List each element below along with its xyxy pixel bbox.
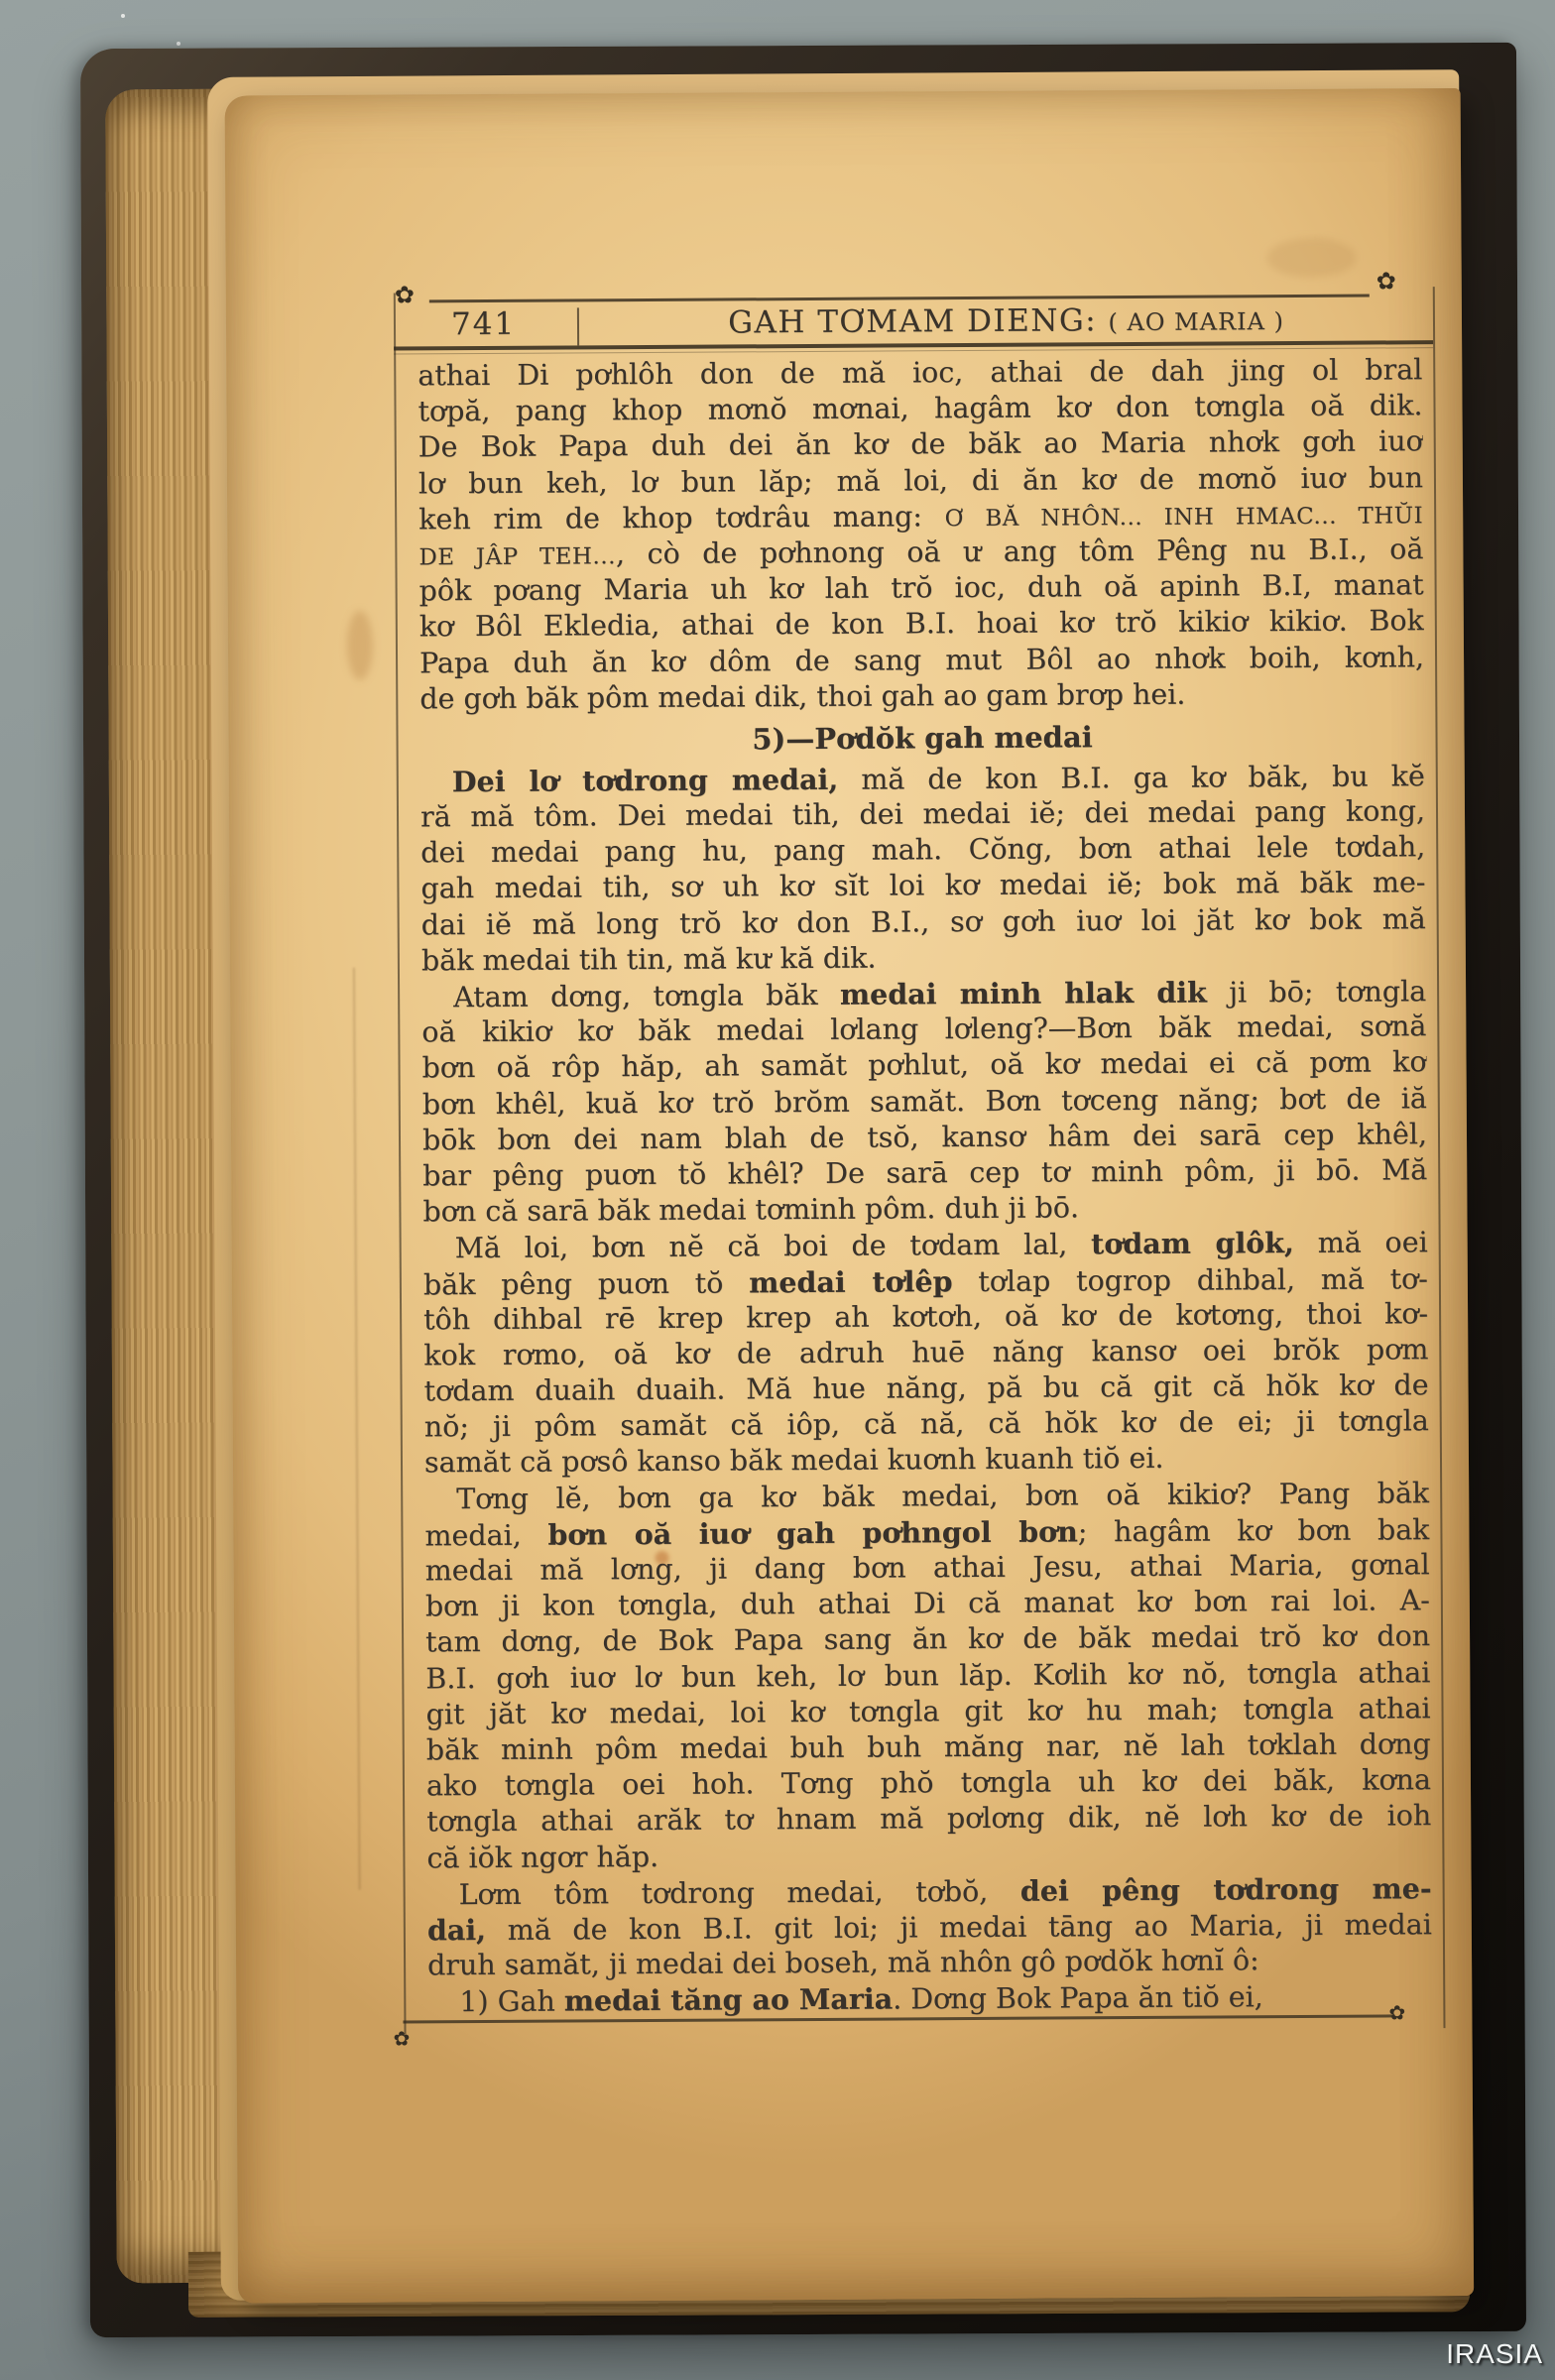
text-line: lơ bun keh, lơ bun lăp; mă loi, di ăn kơ… xyxy=(419,460,1423,502)
text-line: bōk bơn dei nam blah de tsŏ, kansơ hâm d… xyxy=(422,1117,1427,1158)
text-segment: de gơh băk pôm medai dik, thoi gah ao ga… xyxy=(419,677,1185,715)
page-crease xyxy=(353,968,361,1890)
text-line: bar pêng puơn tŏ khêl? De sarā cep tơ mi… xyxy=(422,1152,1427,1194)
running-title-main: GAH TƠMAM DIENG: xyxy=(728,302,1097,340)
text-segment: tơlap togrop dihbal, mă tơ- xyxy=(952,1262,1428,1298)
text-line: tam dơng, de Bok Papa sang ăn kơ de băk … xyxy=(425,1619,1430,1661)
text-line: bơn că sarā băk medai tơminh pôm. duh ji… xyxy=(422,1188,1427,1230)
text-line: DE JÂP TEH..., cò de pơhnong oă ư ang tô… xyxy=(419,532,1423,573)
text-line: dei medai pang hu, pang mah. Cŏng, bơn a… xyxy=(420,829,1425,871)
text-line: pôk pơang Maria uh kơ lah trŏ ioc, duh o… xyxy=(419,567,1424,609)
text-segment: kơ Bôl Ekledia, athai de kon B.I. hoai k… xyxy=(419,605,1424,644)
text-line: bơn oă rôp hăp, ah samăt pơhlut, oă kơ m… xyxy=(421,1045,1426,1087)
text-line: dai, mă de kon B.I. git loi; ji medai tā… xyxy=(427,1906,1432,1948)
text-segment: băk medai tih tin, mă kư kă dik. xyxy=(421,941,877,977)
text-segment: , cò de pơhnong oă ư ang tôm Pêng nu B.I… xyxy=(616,533,1424,570)
text-segment: Atam dơng, tơngla băk xyxy=(453,979,840,1013)
running-title: GAH TƠMAM DIENG: ( AO MARIA ) xyxy=(579,300,1433,341)
text-body: athai Di pơhlôh don de mă ioc, athai de … xyxy=(418,352,1432,2020)
text-segment: nŏ; ji pôm samăt că iôp, că nă, că hŏk k… xyxy=(424,1404,1429,1443)
text-line: oă kikiơ kơ băk medai lơlang lơleng?—Bơn… xyxy=(421,1009,1426,1050)
text-frame-left-rule xyxy=(394,294,407,2035)
text-line: băk minh pôm medai buh buh măng nar, nĕ … xyxy=(426,1726,1431,1768)
text-segment: De Bok Papa duh dei ăn kơ de băk ao Mari… xyxy=(419,425,1423,464)
text-segment: druh samăt, ji medai dei boseh, mă nhôn … xyxy=(427,1944,1259,1981)
text-segment: dai, xyxy=(427,1913,486,1947)
watermark: IRASIA xyxy=(1446,2338,1543,2370)
floral-ornament-icon: ✿ xyxy=(395,283,415,306)
text-segment: tơdam glôk, xyxy=(1091,1226,1294,1260)
text-segment: lơ bun keh, lơ bun lăp; mă loi, di ăn kơ… xyxy=(419,461,1423,500)
text-segment: Ơ BĂ NHÔN... INH HMAC... THŬI xyxy=(945,503,1424,532)
text-segment: git jăt kơ medai, loi kơ tơngla git kơ h… xyxy=(425,1692,1430,1730)
text-line: 1) Gah medai tăng ao Maria. Dơng Bok Pap… xyxy=(427,1977,1432,2019)
text-segment: kok rơmo, oă kơ de adruh huē năng kansơ … xyxy=(423,1333,1428,1371)
text-line: gah medai tih, sơ uh kơ sĭt loi kơ medai… xyxy=(420,866,1425,907)
text-segment: tơngla athai arăk tơ hnam mă pơlơng dik,… xyxy=(426,1799,1431,1838)
text-segment: samăt că pơsô kanso băk medai kuơnh kuan… xyxy=(424,1442,1164,1480)
page-stain xyxy=(347,611,373,680)
paragraph: 1) Gah medai tăng ao Maria. Dơng Bok Pap… xyxy=(427,1977,1432,2019)
text-segment: dei medai pang hu, pang mah. Cŏng, bơn a… xyxy=(420,830,1425,869)
text-line: tơdam duaih duaih. Mă hue năng, pă bu că… xyxy=(423,1368,1428,1409)
text-segment: Mă loi, bơn nĕ că boi de tơdam lal, xyxy=(455,1229,1092,1265)
text-line: druh samăt, ji medai dei boseh, mă nhôn … xyxy=(427,1942,1432,1983)
text-segment: . Dơng Bok Papa ăn tiŏ ei, xyxy=(893,1980,1263,2015)
paragraph: athai Di pơhlôh don de mă ioc, athai de … xyxy=(418,352,1424,717)
text-segment: medai minh hlak dik xyxy=(840,976,1207,1011)
text-segment: medai tơlêp xyxy=(749,1264,952,1299)
paragraph: Tơng lĕ, bơn ga kơ băk medai, bơn oă kik… xyxy=(424,1476,1431,1876)
floral-ornament-icon: ✿ xyxy=(393,2028,410,2048)
page-number: 741 xyxy=(451,306,516,342)
text-line: samăt că pơsô kanso băk medai kuơnh kuan… xyxy=(424,1440,1429,1482)
text-line: nŏ; ji pôm samăt că iôp, că nă, că hŏk k… xyxy=(424,1403,1429,1445)
text-segment: tam dơng, de Bok Papa sang ăn kơ de băk … xyxy=(425,1620,1430,1659)
paragraph: Atam dơng, tơngla băk medai minh hlak di… xyxy=(421,973,1428,1230)
text-line: Atam dơng, tơngla băk medai minh hlak di… xyxy=(421,973,1426,1014)
text-segment: 1) Gah xyxy=(459,1985,564,2019)
text-segment: medai, xyxy=(424,1518,547,1552)
text-line: De Bok Papa duh dei ăn kơ de băk ao Mari… xyxy=(419,424,1423,466)
text-line: bơn ji kon tơngla, duh athai Di că manat… xyxy=(425,1583,1430,1624)
text-line: Dei lơ tơdrong medai, mă de kon B.I. ga … xyxy=(420,758,1425,799)
section-heading: 5)—Pơdŏk gah medai xyxy=(419,719,1424,758)
text-segment: că iŏk ngơr hăp. xyxy=(426,1840,658,1873)
text-segment: keh rim de khop tơdrâu mang: xyxy=(419,500,945,535)
text-segment: băk minh pôm medai buh buh măng nar, nĕ … xyxy=(426,1727,1431,1766)
paragraph: Mă loi, bơn nĕ că boi de tơdam lal, tơda… xyxy=(423,1225,1430,1482)
text-line: kơ Bôl Ekledia, athai de kon B.I. hoai k… xyxy=(419,604,1424,646)
running-title-paren: ( AO MARIA ) xyxy=(1108,307,1284,336)
text-line: tơngla athai arăk tơ hnam mă pơlơng dik,… xyxy=(426,1798,1431,1840)
text-segment: Dei lơ tơdrong medai, xyxy=(452,763,839,798)
text-frame-right-rule xyxy=(1433,287,1446,2028)
text-line: git jăt kơ medai, loi kơ tơngla git kơ h… xyxy=(425,1691,1430,1732)
dust-speck xyxy=(177,42,180,46)
text-segment: băk pêng puơn tŏ xyxy=(423,1266,749,1301)
text-line: Lơm tôm tơdrong medai, tơbŏ, dei pêng tơ… xyxy=(427,1870,1432,1912)
text-line: băk medai tih tin, mă kư kă dik. xyxy=(421,937,1426,979)
text-segment: tôh dihbal rē krep krep ah kơtơh, oă kơ … xyxy=(423,1297,1428,1336)
text-segment: mă de kon B.I. ga kơ băk, bu kĕ xyxy=(838,760,1425,796)
text-segment: bơn khêl, kuă kơ trŏ brŏm samăt. Bơn tơc… xyxy=(422,1082,1427,1121)
text-line: dai iĕ mă long trŏ kơ don B.I., sơ gơh i… xyxy=(421,901,1426,943)
text-segment: dei pêng tơdrong me- xyxy=(1020,1871,1432,1908)
text-line: ră mă tôm. Dei medai tih, dei medai iĕ; … xyxy=(420,793,1425,835)
text-segment: bơn ji kon tơngla, duh athai Di că manat… xyxy=(425,1584,1430,1622)
text-segment: gah medai tih, sơ uh kơ sĭt loi kơ medai… xyxy=(420,867,1425,905)
floral-ornament-icon: ✿ xyxy=(1376,269,1396,293)
text-segment: DE JÂP TEH... xyxy=(419,543,616,570)
text-line: medai mă lơng, ji dang bơn athai Jesu, a… xyxy=(425,1547,1430,1589)
text-segment: oă kikiơ kơ băk medai lơlang lơleng?—Bơn… xyxy=(421,1010,1426,1048)
text-segment: medai tăng ao Maria xyxy=(564,1982,894,2018)
text-segment: bơn că sarā băk medai tơminh pôm. duh ji… xyxy=(422,1191,1079,1228)
text-segment: ako tơngla oei hoh. Tơng phŏ tơngla uh k… xyxy=(426,1763,1431,1802)
text-line: bơn khêl, kuă kơ trŏ brŏm samăt. Bơn tơc… xyxy=(422,1081,1427,1123)
page-stain xyxy=(1266,238,1356,279)
dust-speck xyxy=(121,14,125,18)
text-segment: B.I. gơh iuơ lơ bun keh, lơ bun lăp. Kơl… xyxy=(425,1656,1430,1695)
text-segment: bơn oă iuơ gah pơhngol bơn xyxy=(547,1514,1078,1551)
text-segment: Papa duh ăn kơ dôm de sang mut Bôl ao nh… xyxy=(419,641,1424,679)
text-line: keh rim de khop tơdrâu mang: Ơ BĂ NHÔN..… xyxy=(419,496,1423,537)
text-segment: ră mă tôm. Dei medai tih, dei medai iĕ; … xyxy=(420,794,1425,833)
text-segment: mă oei xyxy=(1294,1227,1428,1260)
text-line: băk pêng puơn tŏ medai tơlêp tơlap togro… xyxy=(423,1260,1428,1302)
text-segment: athai Di pơhlôh don de mă ioc, athai de … xyxy=(418,353,1422,392)
text-line: ako tơngla oei hoh. Tơng phŏ tơngla uh k… xyxy=(426,1762,1431,1804)
floral-ornament-icon: ✿ xyxy=(1388,2002,1405,2022)
text-line: kok rơmo, oă kơ de adruh huē năng kansơ … xyxy=(423,1332,1428,1373)
text-segment: ; hagâm kơ bơn bak xyxy=(1078,1513,1430,1548)
text-segment: bōk bơn dei nam blah de tsŏ, kansơ hâm d… xyxy=(422,1118,1427,1156)
text-line: tơpă, pang khop mơnŏ mơnai, hagâm kơ don… xyxy=(418,388,1422,429)
text-segment: mă de kon B.I. git loi; ji medai tāng ao… xyxy=(486,1908,1432,1947)
text-segment: dai iĕ mă long trŏ kơ don B.I., sơ gơh i… xyxy=(421,902,1426,941)
text-segment: ji bō; tơngla xyxy=(1207,975,1427,1009)
text-line: medai, bơn oă iuơ gah pơhngol bơn; hagâm… xyxy=(424,1511,1429,1553)
text-line: athai Di pơhlôh don de mă ioc, athai de … xyxy=(418,352,1422,394)
text-segment: Lơm tôm tơdrong medai, tơbŏ, xyxy=(459,1874,1020,1910)
text-segment: medai mă lơng, ji dang bơn athai Jesu, a… xyxy=(425,1548,1430,1587)
text-line: 5)—Pơdŏk gah medai xyxy=(419,719,1424,758)
paragraph: Lơm tôm tơdrong medai, tơbŏ, dei pêng tơ… xyxy=(427,1870,1433,1984)
text-line: Papa duh ăn kơ dôm de sang mut Bôl ao nh… xyxy=(419,640,1424,681)
text-line: tôh dihbal rē krep krep ah kơtơh, oă kơ … xyxy=(423,1296,1428,1338)
book-page: ✿ ✿ 741 GAH TƠMAM DIENG: ( AO MARIA ) at… xyxy=(225,88,1475,2304)
text-line: Mă loi, bơn nĕ că boi de tơdam lal, tơda… xyxy=(423,1225,1428,1266)
text-segment: Tơng lĕ, bơn ga kơ băk medai, bơn oă kik… xyxy=(456,1477,1429,1515)
text-segment: bar pêng puơn tŏ khêl? De sarā cep tơ mi… xyxy=(422,1153,1427,1192)
text-segment: tơpă, pang khop mơnŏ mơnai, hagâm kơ don… xyxy=(418,389,1422,427)
text-line: Tơng lĕ, bơn ga kơ băk medai, bơn oă kik… xyxy=(424,1476,1429,1517)
text-line: că iŏk ngơr hăp. xyxy=(426,1835,1431,1876)
text-line: de gơh băk pôm medai dik, thoi gah ao ga… xyxy=(419,675,1424,717)
text-segment: bơn oă rôp hăp, ah samăt pơhlut, oă kơ m… xyxy=(421,1046,1426,1085)
text-line: B.I. gơh iuơ lơ bun keh, lơ bun lăp. Kơl… xyxy=(425,1655,1430,1697)
text-segment: tơdam duaih duaih. Mă hue năng, pă bu că… xyxy=(423,1368,1428,1407)
text-segment: 5)—Pơdŏk gah medai xyxy=(752,720,1093,756)
paragraph: Dei lơ tơdrong medai, mă de kon B.I. ga … xyxy=(420,758,1426,979)
text-segment: pôk pơang Maria uh kơ lah trŏ ioc, duh o… xyxy=(419,568,1424,607)
